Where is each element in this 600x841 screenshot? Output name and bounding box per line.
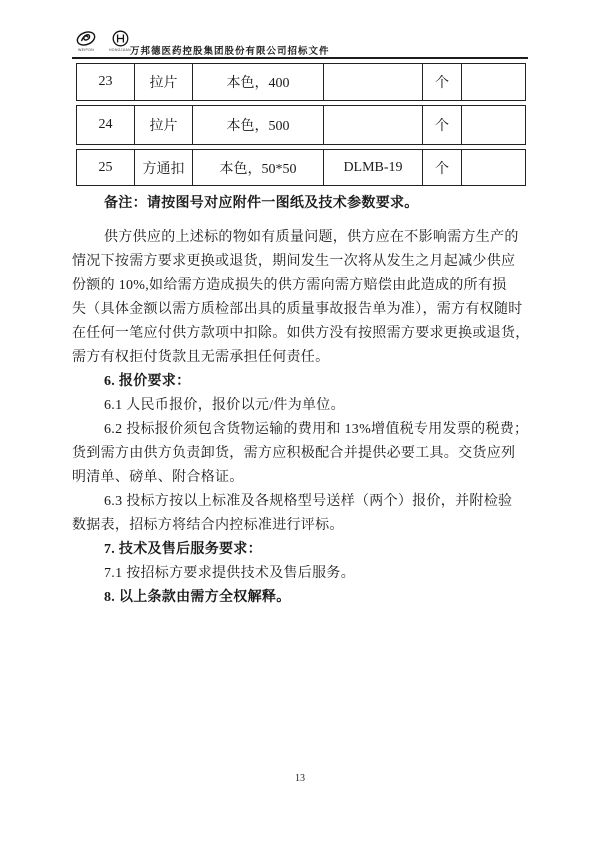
table-row: 23 拉片 本色，400 个 <box>76 63 526 101</box>
cell-item-name: 方通扣 <box>135 150 193 185</box>
paragraph-line: 在任何一笔应付供方款项中扣除。如供方没有按照需方要求更换或退货， <box>72 326 530 342</box>
cell-item-model: DLMB-19 <box>324 150 423 185</box>
circled-h-logo: HONGJUAN <box>108 30 132 52</box>
document-page: WEIPON HONGJUAN 万邦德医药控股集团股份有限公司招标文件 23 拉… <box>0 0 600 841</box>
weipon-swirl-logo-icon <box>75 30 97 47</box>
circled-h-logo-caption: HONGJUAN <box>109 48 131 52</box>
table-row: 24 拉片 本色，500 个 <box>76 105 526 145</box>
cell-item-extra <box>462 64 525 100</box>
cell-item-extra <box>462 150 525 185</box>
cell-item-unit: 个 <box>423 106 462 144</box>
cell-item-no: 25 <box>77 150 135 185</box>
cell-item-unit: 个 <box>423 64 462 100</box>
circled-h-logo-icon <box>112 30 129 47</box>
cell-item-unit: 个 <box>423 150 462 185</box>
clause-6-1: 6.1 人民币报价，报价以元/件为单位。 <box>104 398 345 414</box>
section-6-heading: 6. 报价要求： <box>104 374 190 390</box>
clause-6-3: 6.3 投标方按以上标准及各规格型号送样（两个）报价，并附检验 <box>104 494 512 510</box>
clause-6-3-cont: 数据表，招标方将结合内控标准进行评标。 <box>72 518 344 534</box>
header-logos: WEIPON HONGJUAN <box>74 30 132 52</box>
cell-item-no: 24 <box>77 106 135 144</box>
page-number: 13 <box>0 773 600 784</box>
section-7-heading: 7. 技术及售后服务要求： <box>104 542 262 558</box>
clause-6-2-cont: 明清单、磅单、附合格证。 <box>72 470 244 486</box>
cell-item-no: 23 <box>77 64 135 100</box>
cell-item-spec: 本色，500 <box>193 106 324 144</box>
header-rule <box>72 57 528 59</box>
table-row: 25 方通扣 本色，50*50 DLMB-19 个 <box>76 149 526 186</box>
paragraph-line: 失（具体金额以需方质检部出具的质量事故报告单为准），需方有权随时 <box>72 302 523 318</box>
cell-item-model <box>324 106 423 144</box>
cell-item-model <box>324 64 423 100</box>
paragraph-line: 情况下按需方要求更换或退货，期间发生一次将从发生之月起减少供应 <box>72 254 515 270</box>
items-table: 23 拉片 本色，400 个 24 拉片 本色，500 个 25 方通扣 本色，… <box>76 63 526 190</box>
document-header-title: 万邦德医药控股集团股份有限公司招标文件 <box>130 43 330 57</box>
note-line: 备注：请按图号对应附件一图纸及技术参数要求。 <box>104 196 419 212</box>
paragraph-line: 需方有权拒付货款且无需承担任何责任。 <box>72 350 329 366</box>
cell-item-extra <box>462 106 525 144</box>
cell-item-spec: 本色，50*50 <box>193 150 324 185</box>
clause-6-2-cont: 货到需方由供方负责卸货，需方应积极配合并提供必要工具。交货应列 <box>72 446 515 462</box>
cell-item-name: 拉片 <box>135 106 193 144</box>
section-8-heading: 8. 以上条款由需方全权解释。 <box>104 590 291 606</box>
cell-item-spec: 本色，400 <box>193 64 324 100</box>
weipon-logo-caption: WEIPON <box>78 48 94 52</box>
clause-7-1: 7.1 按招标方要求提供技术及售后服务。 <box>104 566 355 582</box>
paragraph-line: 供方供应的上述标的物如有质量问题，供方应在不影响需方生产的 <box>104 230 519 246</box>
clause-6-2: 6.2 投标报价须包含货物运输的费用和 13%增值税专用发票的税费； <box>104 422 528 438</box>
cell-item-name: 拉片 <box>135 64 193 100</box>
weipon-logo: WEIPON <box>74 30 98 52</box>
paragraph-line: 份额的 10%,如给需方造成损失的供方需向需方赔偿由此造成的所有损 <box>72 278 507 294</box>
